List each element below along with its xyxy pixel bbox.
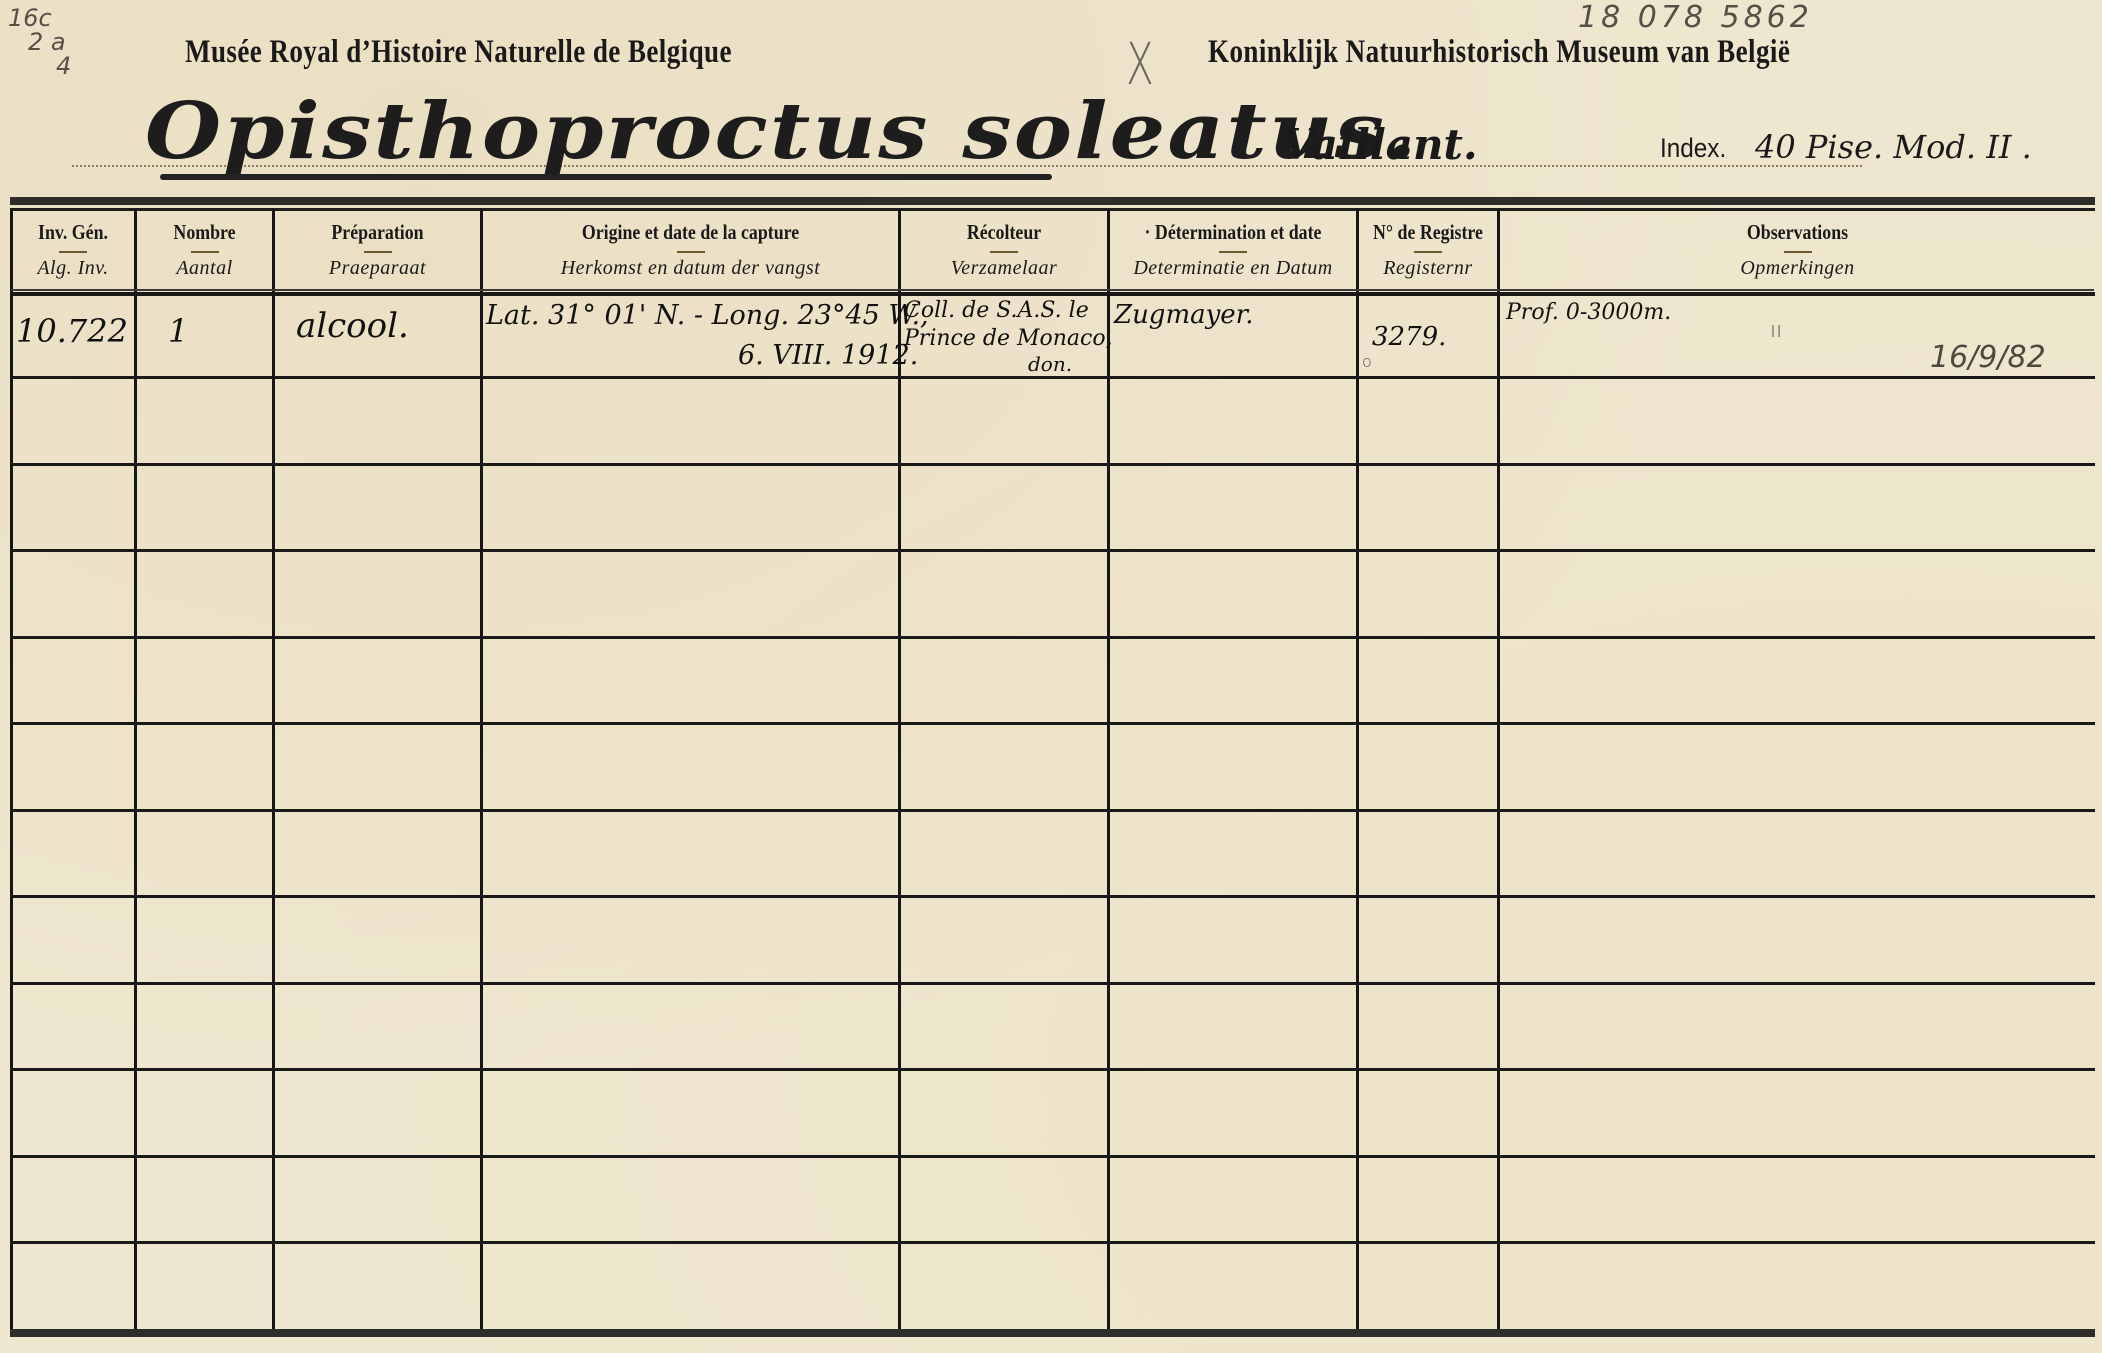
index-value: 40 Pise. Mod. II . (1755, 128, 2032, 166)
species-author: Vaillant. (1282, 120, 1478, 169)
pencil-catalog-number: 18 078 5862 (1578, 0, 1813, 35)
cell-observations-mark: ıı (1770, 318, 1782, 343)
row-rule (10, 549, 2095, 552)
column-header-observations: ObservationsOpmerkingen (1500, 214, 2095, 290)
cell-observations-date: 16/9/82 (1930, 340, 2046, 375)
cell-origin-date: 6. VIII. 1912. (738, 340, 918, 371)
cell-register-mark: o (1362, 352, 1372, 371)
index-label: Index. (1660, 133, 1726, 164)
species-name: Opisthoproctus soleatus. (145, 86, 1419, 177)
row-rule (10, 722, 2095, 725)
header-bottom-rule (10, 292, 2095, 296)
row-rule (10, 895, 2095, 898)
row-rule (10, 636, 2095, 639)
column-header-collector: RécolteurVerzamelaar (901, 214, 1107, 290)
column-header-count: NombreAantal (137, 214, 272, 290)
table-top-thick-rule (10, 197, 2095, 205)
cell-register-number: 3279. (1372, 322, 1446, 352)
row-rule (10, 809, 2095, 812)
row-rule (10, 1241, 2095, 1244)
cell-collector-line1: Coll. de S.A.S. le (904, 298, 1089, 323)
row-rule (10, 1068, 2095, 1071)
cell-determination: Zugmayer. (1114, 300, 1254, 330)
column-header-origin: Origine et date de la captureHerkomst en… (483, 214, 898, 290)
margin-note: 16c (8, 6, 71, 30)
margin-note: 4 (8, 54, 71, 78)
table-bottom-thick-rule (10, 1329, 2095, 1337)
row-rule (10, 982, 2095, 985)
cell-collector-line2: Prince de Monaco, (904, 326, 1113, 351)
column-header-inventory: Inv. Gén.Alg. Inv. (12, 214, 134, 290)
institution-name-dutch: Koninklijk Natuurhistorisch Museum van B… (1208, 34, 1790, 71)
cell-observations: Prof. 0-3000m. (1506, 300, 1671, 325)
column-header-register: N° de RegistreRegisternr (1359, 214, 1497, 290)
margin-note: 2 a (8, 30, 71, 54)
cell-inventory-number: 10.722 (16, 312, 128, 350)
row-rule (10, 463, 2095, 466)
margin-notes: 16c 2 a 4 (8, 6, 71, 78)
row-rule (10, 1155, 2095, 1158)
table-top-thin-rule (10, 208, 2095, 211)
column-header-determination: · Détermination et dateDeterminatie en D… (1110, 214, 1356, 290)
species-underline (160, 174, 1052, 180)
row-rule (10, 376, 2095, 379)
cell-preparation: alcool. (296, 306, 409, 346)
institution-name-french: Musée Royal d’Histoire Naturelle de Belg… (185, 34, 732, 71)
cell-origin-location: Lat. 31° 01' N. - Long. 23°45 W., (486, 300, 929, 331)
cell-count: 1 (168, 312, 188, 350)
column-header-preparation: PréparationPraeparaat (275, 214, 480, 290)
cell-collector-line3: don. (1028, 352, 1072, 376)
